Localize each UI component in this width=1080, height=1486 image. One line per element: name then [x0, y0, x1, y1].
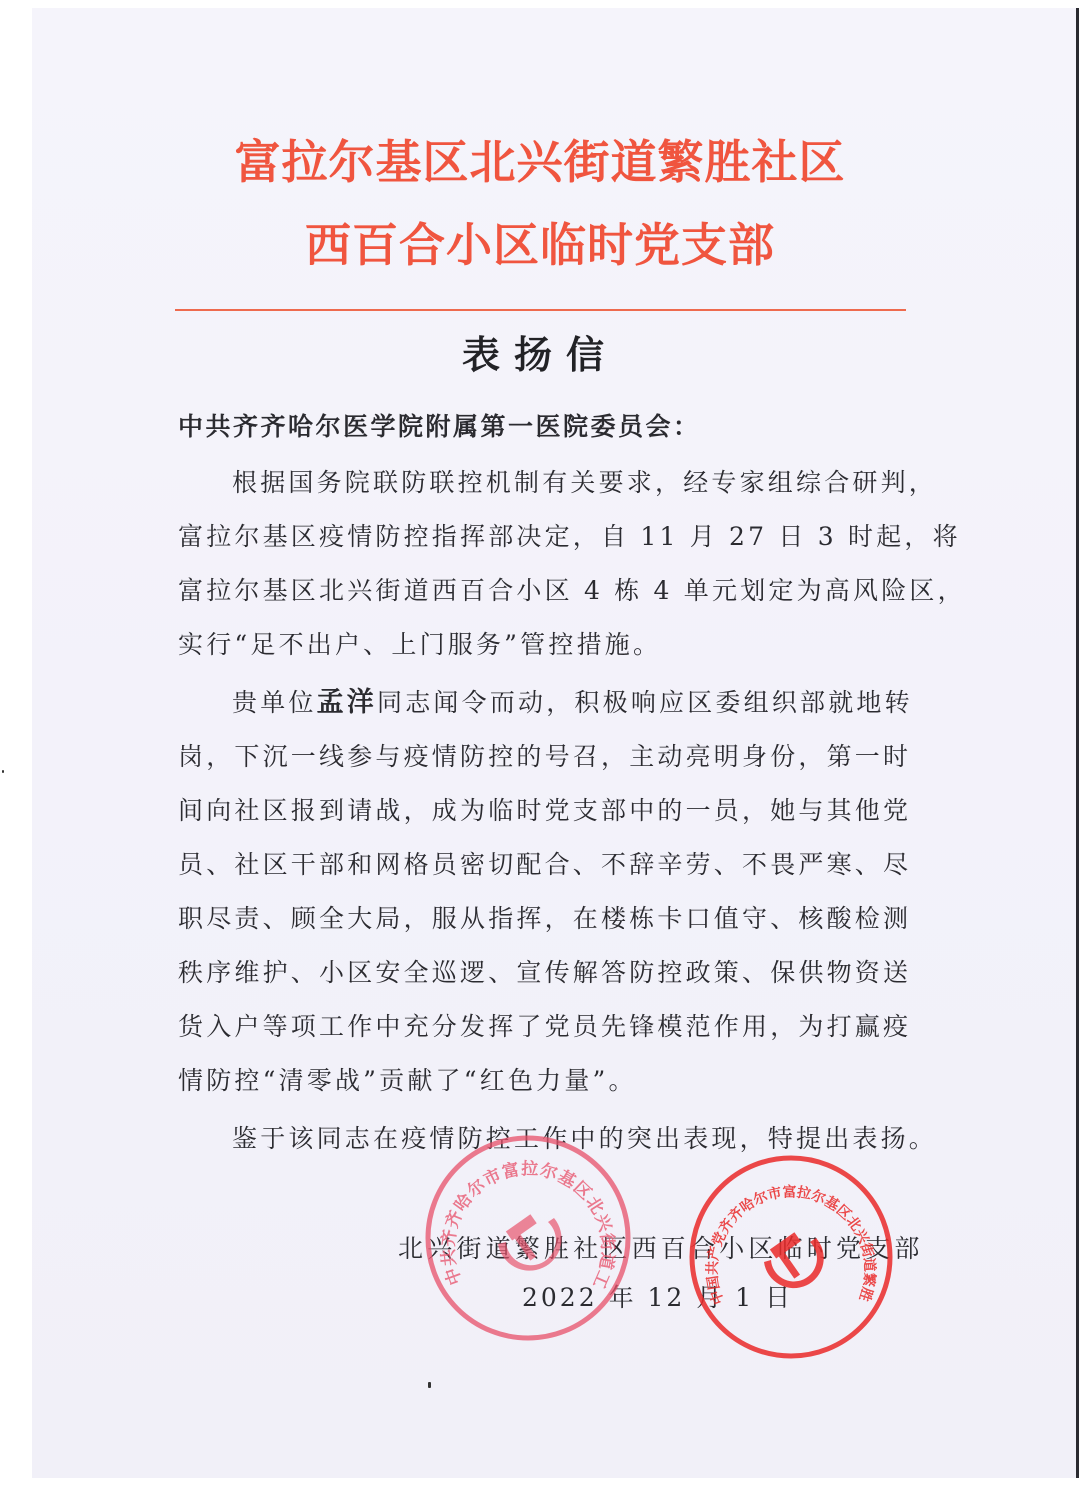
paragraph-line: 贵单位孟洋同志闻令而动，积极响应区委组织部就地转 — [178, 676, 923, 730]
paragraph-line: 货入户等项工作中充分发挥了党员先锋模范作用，为打赢疫 — [178, 1000, 923, 1054]
paragraph-line: 鉴于该同志在疫情防控工作中的突出表现，特提出表扬。 — [178, 1112, 923, 1166]
text-prefix: 贵单位 — [232, 688, 317, 717]
paragraph-line: 间向社区报到请战，成为临时党支部中的一员，她与其他党 — [178, 784, 923, 838]
paragraph-line: 根据国务院联防联控机制有关要求，经专家组综合研判， — [178, 456, 923, 510]
scan-speck — [428, 1382, 431, 1388]
paragraph-line: 富拉尔基区疫情防控指挥部决定，自 11 月 27 日 3 时起，将 — [178, 510, 923, 564]
red-divider — [175, 309, 906, 311]
date: 2022 年 12 月 1 日 — [522, 1278, 793, 1314]
document-title: 表扬信 — [0, 328, 1080, 382]
paragraph-1: 根据国务院联防联控机制有关要求，经专家组综合研判， 富拉尔基区疫情防控指挥部决定… — [178, 456, 923, 672]
org-name-line-1: 富拉尔基区北兴街道繁胜社区 — [0, 132, 1080, 192]
recipient: 中共齐齐哈尔医学院附属第一医院委员会： — [178, 400, 923, 454]
text-suffix: 同志闻令而动，积极响应区委组织部就地转 — [377, 688, 913, 717]
paragraph-line: 岗，下沉一线参与疫情防控的号召，主动亮明身份，第一时 — [178, 730, 923, 784]
paragraph-line: 富拉尔基区北兴街道西百合小区 4 栋 4 单元划定为高风险区， — [178, 564, 923, 618]
paragraph-2: 贵单位孟洋同志闻令而动，积极响应区委组织部就地转 岗，下沉一线参与疫情防控的号召… — [178, 676, 923, 1108]
paragraph-line: 情防控“清零战”贡献了“红色力量”。 — [178, 1054, 923, 1108]
paragraph-line: 实行“足不出户、上门服务”管控措施。 — [178, 618, 923, 672]
paragraph-3: 鉴于该同志在疫情防控工作中的突出表现，特提出表扬。 — [178, 1112, 923, 1166]
signature: 北兴街道繁胜社区西百合小区临时党支部 — [398, 1222, 918, 1276]
org-name-line-2: 西百合小区临时党支部 — [0, 215, 1080, 275]
honoree-name: 孟洋 — [317, 687, 377, 718]
paragraph-line: 员、社区干部和网格员密切配合、不辞辛劳、不畏严寒、尽 — [178, 838, 923, 892]
paragraph-line: 秩序维护、小区安全巡逻、宣传解答防控政策、保供物资送 — [178, 946, 923, 1000]
scan-speck — [2, 770, 4, 773]
paragraph-line: 职尽责、顾全大局，服从指挥，在楼栋卡口值守、核酸检测 — [178, 892, 923, 946]
